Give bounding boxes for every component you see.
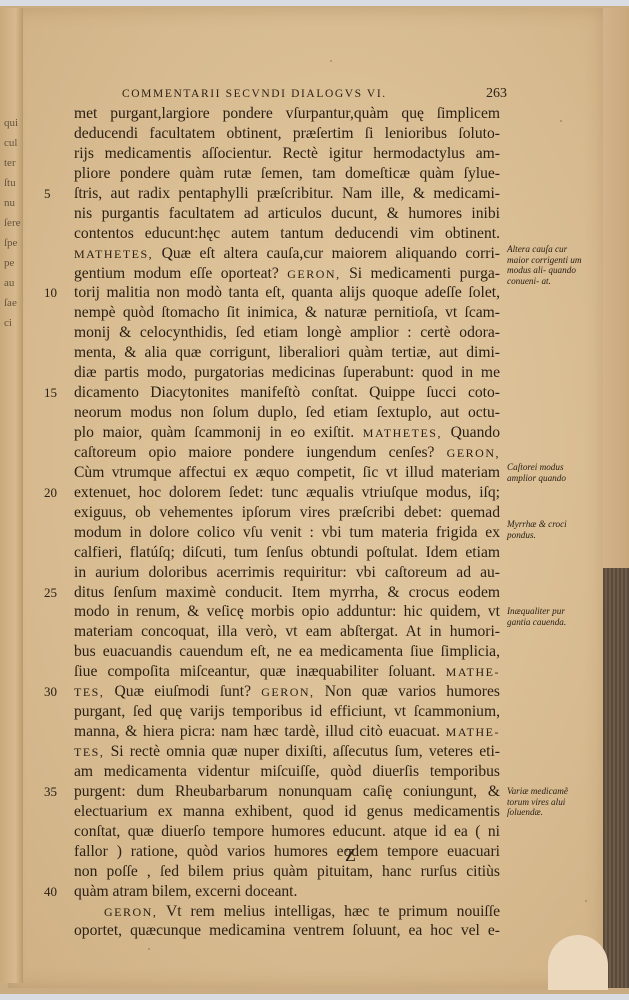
line-text: quàm atram bilem, excerni doceant.	[74, 883, 297, 900]
main-text-block: met purgant,largiore pondere vſurpantur,…	[74, 104, 500, 941]
text-line: ſiue compoſita miſceantur, quæ inæquabil…	[74, 662, 500, 682]
text-line: am medicamenta videntur miſcuiſſe, quòd …	[74, 762, 500, 782]
line-text: in aurium doloribus acerrimis requiritur…	[74, 564, 500, 581]
text-line: bus euacuandis cauendum eſt, ne ea medic…	[74, 642, 500, 662]
line-text: Vt rem melius intelligas, hæc te primum …	[157, 903, 500, 920]
page-number: 263	[486, 86, 507, 102]
text-line: 40quàm atram bilem, excerni doceant.	[74, 882, 500, 902]
line-text: modum in dolore colico vſu venit : vbi t…	[74, 524, 500, 541]
text-line: non poſſe , ſed bilem prius quàm pituita…	[74, 862, 500, 882]
line-text: nempè quòd ſtomacho ſit inimica, & natur…	[74, 304, 500, 321]
previous-page-text-fragment: ſpe	[4, 233, 22, 253]
line-text: pliore pondere quàm rutæ ſemen, tam dome…	[74, 165, 500, 182]
text-line: conſtat, quæ diuerſo tempore humores edu…	[74, 822, 500, 842]
marginal-note: Myrrhæ & croci pondus.	[507, 519, 589, 540]
previous-page-text-fragment: nu	[4, 193, 22, 213]
speaker-name: MATHE-	[446, 725, 500, 739]
text-line: TES, Si rectè omnia quæ nuper dixiſti, a…	[74, 742, 500, 762]
marginal-note: Variæ medicamẽ torum vires alui ſoluendæ…	[507, 786, 589, 818]
line-text: ſiue compoſita miſceantur, quæ inæquabil…	[74, 663, 446, 680]
text-line: oportet, quæcunque medicamina ventrem ſo…	[74, 921, 500, 941]
text-line: contentos educunt:hęc autem tantum deduc…	[74, 224, 500, 244]
text-line: gentium modum eſſe oporteat? GERON, Si m…	[74, 264, 500, 284]
text-line: 35purgent: dum Rheubarbarum nonunquam ca…	[74, 782, 500, 802]
previous-page-text-fragment: ter	[4, 153, 22, 173]
line-text: deducendi facultatem obtinent, præſertim…	[74, 125, 500, 142]
text-line: diæ partis modo, purgatorias medicinas ſ…	[74, 363, 500, 383]
line-number: 30	[44, 682, 66, 702]
line-text: met purgant,largiore pondere vſurpantur,…	[74, 105, 500, 122]
text-line: modo in renum, & veſicę morbis opio addu…	[74, 602, 500, 622]
line-text: extenuet, hoc dolorem ſedet: tunc æquali…	[74, 484, 500, 501]
text-line: rijs medicamentis aſſocientur. Rectè igi…	[74, 144, 500, 164]
line-text: exiguus, ob vehementes ipſorum vires præ…	[74, 504, 500, 521]
thumb-holding-page	[548, 935, 608, 990]
previous-page-text-fragment: au	[4, 273, 22, 293]
text-line: 15dicamento Diacytonites manifeſtò conſt…	[74, 383, 500, 403]
text-line: menta, & alia quæ corrigunt, liberaliori…	[74, 343, 500, 363]
line-text: menta, & alia quæ corrigunt, liberaliori…	[74, 344, 500, 361]
line-text: gentium modum eſſe oporteat?	[74, 265, 287, 282]
text-line: in aurium doloribus acerrimis requiritur…	[74, 563, 500, 583]
line-text: caſtoreum opio maiore pondere iungendum …	[74, 444, 447, 461]
line-text: neorum modus non ſolum duplo, ſed etiam …	[74, 404, 500, 421]
speaker-name: TES,	[74, 745, 104, 759]
text-line: materiam concoquat, illa verò, vt eam ab…	[74, 622, 500, 642]
line-number: 25	[44, 583, 66, 603]
line-text: nis purgantis facultatem ad articulos du…	[74, 205, 500, 222]
line-text: manna, & hiera picra: nam hæc tardè, ill…	[74, 723, 446, 740]
line-text: rijs medicamentis aſſocientur. Rectè igi…	[74, 145, 500, 162]
line-text: torij malitia non modò tanta eſt, quanta…	[74, 284, 500, 301]
line-text: Quæ eſt altera cauſa,cur maiorem aliquan…	[153, 245, 500, 262]
signature-mark: Z	[345, 845, 356, 866]
line-text: fallor ) ratione, quòd varios humores eo…	[74, 843, 500, 860]
line-text: Si rectè omnia quæ nuper dixiſti, aſſecu…	[104, 743, 500, 760]
line-text: Quando	[442, 424, 500, 441]
line-text: bus euacuandis cauendum eſt, ne ea medic…	[74, 643, 500, 660]
page-right-margin	[603, 8, 629, 568]
previous-page-edge: quiculterſtunuſereſpepeauſaeci	[0, 8, 23, 983]
line-text: am medicamenta videntur miſcuiſſe, quòd …	[74, 763, 500, 780]
text-line: plo maior, quàm ſcammonij in eo exiſtit.…	[74, 423, 500, 443]
line-number: 5	[44, 184, 66, 204]
previous-page-text-fragment: ſae	[4, 293, 22, 313]
line-number: 10	[44, 283, 66, 303]
text-line: 10torij malitia non modò tanta eſt, quan…	[74, 283, 500, 303]
speaker-name: GERON,	[287, 267, 340, 281]
text-line: 5ſtris, aut radix pentaphylli præſcribit…	[74, 184, 500, 204]
text-line: calfieri, flatúſq; diſcuti, tum ſenſus o…	[74, 543, 500, 563]
line-number: 20	[44, 483, 66, 503]
line-text: oportet, quæcunque medicamina ventrem ſo…	[74, 922, 500, 939]
line-text: ditus ſenſum maximè conducit. Item myrrh…	[74, 584, 500, 601]
line-text: non poſſe , ſed bilem prius quàm pituita…	[74, 863, 500, 880]
line-text: dicamento Diacytonites manifeſtò conſtat…	[74, 384, 500, 401]
line-text: purgent: dum Rheubarbarum nonunquam caſi…	[74, 783, 500, 800]
text-line: neorum modus non ſolum duplo, ſed etiam …	[74, 403, 500, 423]
marginal-note: Caſtorei modus amplior quando	[507, 462, 589, 483]
speaker-name: MATHETES,	[363, 426, 442, 440]
line-text: materiam concoquat, illa verò, vt eam ab…	[74, 623, 500, 640]
speaker-name: GERON,	[104, 905, 157, 919]
line-text: Non quæ varios humores	[315, 683, 500, 700]
text-line: exiguus, ob vehementes ipſorum vires præ…	[74, 503, 500, 523]
line-number: 15	[44, 383, 66, 403]
line-text: contentos educunt:hęc autem tantum deduc…	[74, 225, 500, 242]
line-text: Cùm vtrumque affectui ex æquo competit, …	[74, 464, 500, 481]
line-text: purgant, ſed quę varijs temporibus id ef…	[74, 703, 500, 720]
line-text: Si medicamenti purga-	[341, 265, 500, 282]
line-text: ſtris, aut radix pentaphylli præſcribitu…	[74, 185, 500, 202]
speaker-name: GERON,	[261, 685, 314, 699]
line-text: Quæ eiuſmodi ſunt?	[104, 683, 261, 700]
line-text: monij & celocynthidis, ſed etiam longè a…	[74, 324, 500, 341]
line-text: modo in renum, & veſicę morbis opio addu…	[74, 603, 500, 620]
text-line: electuarium ex manna exhibent, quod id g…	[74, 802, 500, 822]
text-line: 20extenuet, hoc dolorem ſedet: tunc æqua…	[74, 483, 500, 503]
line-number: 40	[44, 882, 66, 902]
text-line: nempè quòd ſtomacho ſit inimica, & natur…	[74, 303, 500, 323]
text-line: caſtoreum opio maiore pondere iungendum …	[74, 443, 500, 463]
text-line: manna, & hiera picra: nam hæc tardè, ill…	[74, 722, 500, 742]
marginal-note: Inæqualiter pur gantia cauenda.	[507, 606, 589, 627]
line-text: diæ partis modo, purgatorias medicinas ſ…	[74, 364, 500, 381]
running-head-title: COMMENTARII SECVNDI DIALOGVS VI.	[122, 88, 387, 100]
previous-page-text-fragment: ſtu	[4, 173, 22, 193]
text-line: 30TES, Quæ eiuſmodi ſunt? GERON, Non quæ…	[74, 682, 500, 702]
speaker-name: MATHE-	[446, 665, 500, 679]
text-line: met purgant,largiore pondere vſurpantur,…	[74, 104, 500, 124]
text-line: nis purgantis facultatem ad articulos du…	[74, 204, 500, 224]
text-line: MATHETES, Quæ eſt altera cauſa,cur maior…	[74, 244, 500, 264]
text-line: modum in dolore colico vſu venit : vbi t…	[74, 523, 500, 543]
previous-page-text-fragment: cul	[4, 133, 22, 153]
text-line: deducendi facultatem obtinent, præſertim…	[74, 124, 500, 144]
marginal-note: Altera cauſa cur maior corrigenti um mod…	[507, 244, 589, 286]
text-line: 25ditus ſenſum maximè conducit. Item myr…	[74, 583, 500, 603]
previous-page-text-fragment: ci	[4, 313, 22, 333]
line-text: electuarium ex manna exhibent, quod id g…	[74, 803, 500, 820]
text-line: fallor ) ratione, quòd varios humores eo…	[74, 842, 500, 862]
line-text: calfieri, flatúſq; diſcuti, tum ſenſus o…	[74, 544, 500, 561]
speaker-name: GERON,	[447, 446, 500, 460]
previous-page-text-fragment: ſere	[4, 213, 22, 233]
text-line: pliore pondere quàm rutæ ſemen, tam dome…	[74, 164, 500, 184]
text-line: Cùm vtrumque affectui ex æquo competit, …	[74, 463, 500, 483]
line-text: conſtat, quæ diuerſo tempore humores edu…	[74, 823, 500, 840]
text-line: GERON, Vt rem melius intelligas, hæc te …	[74, 902, 500, 922]
previous-page-text-fragment: qui	[4, 113, 22, 133]
text-line: monij & celocynthidis, ſed etiam longè a…	[74, 323, 500, 343]
speaker-name: TES,	[74, 685, 104, 699]
text-line: purgant, ſed quę varijs temporibus id ef…	[74, 702, 500, 722]
speaker-name: MATHETES,	[74, 247, 153, 261]
line-text: plo maior, quàm ſcammonij in eo exiſtit.	[74, 424, 363, 441]
previous-page-text-fragment: pe	[4, 253, 22, 273]
line-number: 35	[44, 782, 66, 802]
